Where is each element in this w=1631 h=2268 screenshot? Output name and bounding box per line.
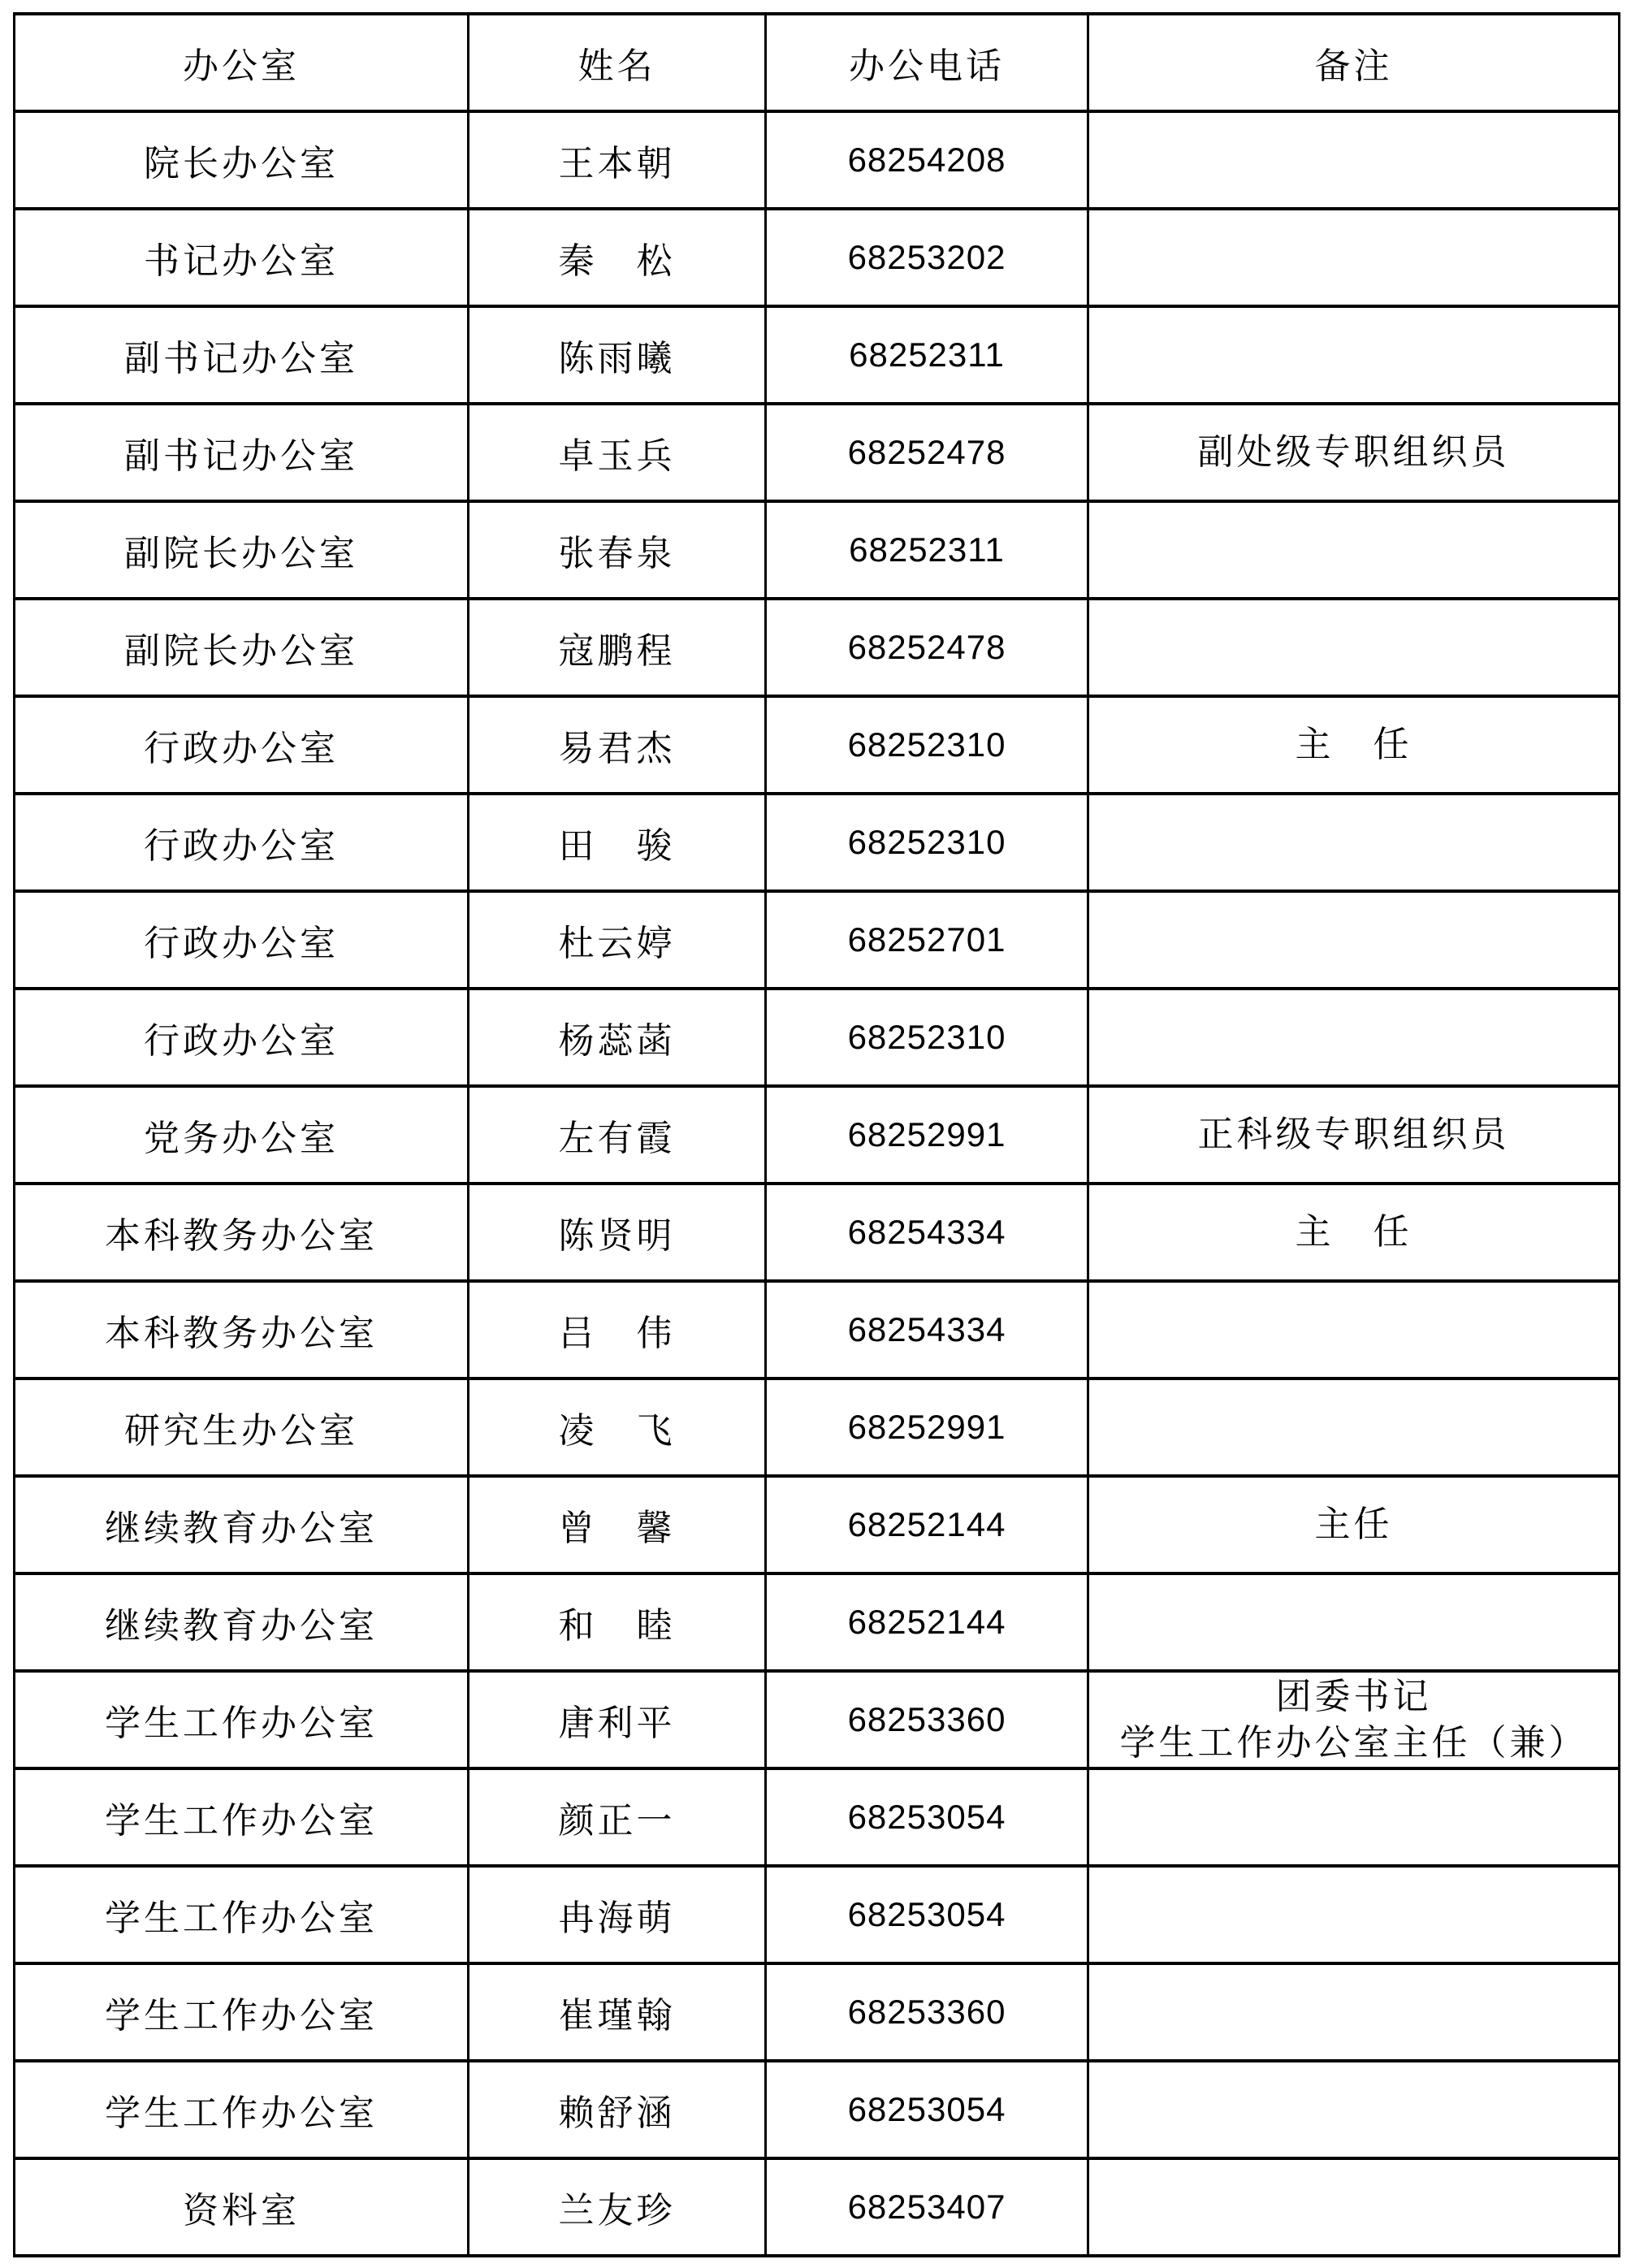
note-cell: 副处级专职组织员 [1088, 404, 1620, 501]
office-cell: 研究生办公室 [15, 1379, 469, 1476]
phone-cell: 68252991 [766, 1379, 1088, 1476]
table-row: 党务办公室 左有霞 68252991 正科级专职组织员 [15, 1086, 1620, 1184]
table-row: 本科教务办公室 吕 伟 68254334 [15, 1281, 1620, 1379]
note-cell: 团委书记 学生工作办公室主任（兼） [1088, 1671, 1620, 1768]
name-cell: 兰友珍 [469, 2158, 766, 2256]
note-cell [1088, 794, 1620, 891]
note-cell [1088, 2061, 1620, 2158]
office-cell: 行政办公室 [15, 989, 469, 1086]
name-cell: 田 骏 [469, 794, 766, 891]
office-cell: 书记办公室 [15, 209, 469, 306]
office-cell: 副书记办公室 [15, 404, 469, 501]
phone-cell: 68252310 [766, 989, 1088, 1086]
note-cell: 正科级专职组织员 [1088, 1086, 1620, 1184]
table-row: 行政办公室 杨蕊菡 68252310 [15, 989, 1620, 1086]
note-cell [1088, 989, 1620, 1086]
column-header-note: 备注 [1088, 14, 1620, 111]
column-header-name: 姓名 [469, 14, 766, 111]
table-row: 学生工作办公室 赖舒涵 68253054 [15, 2061, 1620, 2158]
phone-cell: 68252310 [766, 794, 1088, 891]
table-row: 院长办公室 王本朝 68254208 [15, 111, 1620, 209]
office-cell: 学生工作办公室 [15, 1866, 469, 1963]
table-row: 行政办公室 易君杰 68252310 主 任 [15, 696, 1620, 794]
note-cell [1088, 209, 1620, 306]
note-cell [1088, 891, 1620, 989]
office-cell: 继续教育办公室 [15, 1573, 469, 1671]
phone-cell: 68253054 [766, 1866, 1088, 1963]
name-cell: 崔瑾翰 [469, 1963, 766, 2061]
office-cell: 行政办公室 [15, 696, 469, 794]
table-row: 继续教育办公室 曾 馨 68252144 主任 [15, 1476, 1620, 1573]
note-cell [1088, 1866, 1620, 1963]
phone-cell: 68253054 [766, 2061, 1088, 2158]
phone-cell: 68252311 [766, 306, 1088, 404]
office-cell: 学生工作办公室 [15, 1768, 469, 1866]
note-cell [1088, 1963, 1620, 2061]
table-row: 副书记办公室 卓玉兵 68252478 副处级专职组织员 [15, 404, 1620, 501]
office-cell: 党务办公室 [15, 1086, 469, 1184]
name-cell: 吕 伟 [469, 1281, 766, 1379]
column-header-office: 办公室 [15, 14, 469, 111]
phone-cell: 68254334 [766, 1281, 1088, 1379]
table-row: 学生工作办公室 冉海萌 68253054 [15, 1866, 1620, 1963]
table-row: 研究生办公室 凌 飞 68252991 [15, 1379, 1620, 1476]
phone-cell: 68253202 [766, 209, 1088, 306]
office-cell: 院长办公室 [15, 111, 469, 209]
note-cell: 主 任 [1088, 1184, 1620, 1281]
name-cell: 冉海萌 [469, 1866, 766, 1963]
name-cell: 左有霞 [469, 1086, 766, 1184]
phone-cell: 68252991 [766, 1086, 1088, 1184]
note-cell [1088, 1573, 1620, 1671]
name-cell: 凌 飞 [469, 1379, 766, 1476]
note-cell [1088, 1768, 1620, 1866]
phone-cell: 68252144 [766, 1573, 1088, 1671]
table-row: 副书记办公室 陈雨曦 68252311 [15, 306, 1620, 404]
office-cell: 学生工作办公室 [15, 1671, 469, 1768]
name-cell: 卓玉兵 [469, 404, 766, 501]
table-row: 继续教育办公室 和 睦 68252144 [15, 1573, 1620, 1671]
office-cell: 学生工作办公室 [15, 1963, 469, 2061]
table-row: 本科教务办公室 陈贤明 68254334 主 任 [15, 1184, 1620, 1281]
phone-cell: 68252144 [766, 1476, 1088, 1573]
office-cell: 行政办公室 [15, 794, 469, 891]
name-cell: 秦 松 [469, 209, 766, 306]
phone-cell: 68252701 [766, 891, 1088, 989]
note-cell [1088, 501, 1620, 599]
table-row: 学生工作办公室 崔瑾翰 68253360 [15, 1963, 1620, 2061]
note-cell: 主任 [1088, 1476, 1620, 1573]
table-row: 行政办公室 杜云婷 68252701 [15, 891, 1620, 989]
office-cell: 副院长办公室 [15, 501, 469, 599]
table-row: 资料室 兰友珍 68253407 [15, 2158, 1620, 2256]
name-cell: 易君杰 [469, 696, 766, 794]
name-cell: 王本朝 [469, 111, 766, 209]
office-cell: 行政办公室 [15, 891, 469, 989]
note-cell [1088, 306, 1620, 404]
phone-cell: 68254208 [766, 111, 1088, 209]
name-cell: 杜云婷 [469, 891, 766, 989]
office-cell: 本科教务办公室 [15, 1281, 469, 1379]
note-cell [1088, 111, 1620, 209]
table-row: 学生工作办公室 唐利平 68253360 团委书记 学生工作办公室主任（兼） [15, 1671, 1620, 1768]
name-cell: 曾 馨 [469, 1476, 766, 1573]
note-cell: 主 任 [1088, 696, 1620, 794]
phone-cell: 68254334 [766, 1184, 1088, 1281]
office-cell: 副院长办公室 [15, 599, 469, 696]
document-page: 办公室 姓名 办公电话 备注 院长办公室 王本朝 68254208 书记办公室 … [0, 0, 1631, 2268]
table-row: 副院长办公室 寇鹏程 68252478 [15, 599, 1620, 696]
name-cell: 赖舒涵 [469, 2061, 766, 2158]
header-row: 办公室 姓名 办公电话 备注 [15, 14, 1620, 111]
office-cell: 本科教务办公室 [15, 1184, 469, 1281]
note-cell [1088, 1281, 1620, 1379]
office-cell: 学生工作办公室 [15, 2061, 469, 2158]
name-cell: 张春泉 [469, 501, 766, 599]
phone-cell: 68253360 [766, 1671, 1088, 1768]
office-cell: 继续教育办公室 [15, 1476, 469, 1573]
table-body: 院长办公室 王本朝 68254208 书记办公室 秦 松 68253202 副书… [15, 111, 1620, 2256]
office-cell: 资料室 [15, 2158, 469, 2256]
phone-cell: 68252311 [766, 501, 1088, 599]
contact-table: 办公室 姓名 办公电话 备注 院长办公室 王本朝 68254208 书记办公室 … [13, 12, 1620, 2257]
table-row: 行政办公室 田 骏 68252310 [15, 794, 1620, 891]
name-cell: 杨蕊菡 [469, 989, 766, 1086]
note-cell [1088, 599, 1620, 696]
phone-cell: 68252478 [766, 404, 1088, 501]
column-header-phone: 办公电话 [766, 14, 1088, 111]
name-cell: 陈贤明 [469, 1184, 766, 1281]
table-row: 书记办公室 秦 松 68253202 [15, 209, 1620, 306]
name-cell: 寇鹏程 [469, 599, 766, 696]
table-row: 学生工作办公室 颜正一 68253054 [15, 1768, 1620, 1866]
table-row: 副院长办公室 张春泉 68252311 [15, 501, 1620, 599]
name-cell: 唐利平 [469, 1671, 766, 1768]
phone-cell: 68253360 [766, 1963, 1088, 2061]
name-cell: 陈雨曦 [469, 306, 766, 404]
office-cell: 副书记办公室 [15, 306, 469, 404]
note-cell [1088, 1379, 1620, 1476]
note-cell [1088, 2158, 1620, 2256]
name-cell: 颜正一 [469, 1768, 766, 1866]
phone-cell: 68253054 [766, 1768, 1088, 1866]
phone-cell: 68252310 [766, 696, 1088, 794]
phone-cell: 68252478 [766, 599, 1088, 696]
phone-cell: 68253407 [766, 2158, 1088, 2256]
name-cell: 和 睦 [469, 1573, 766, 1671]
